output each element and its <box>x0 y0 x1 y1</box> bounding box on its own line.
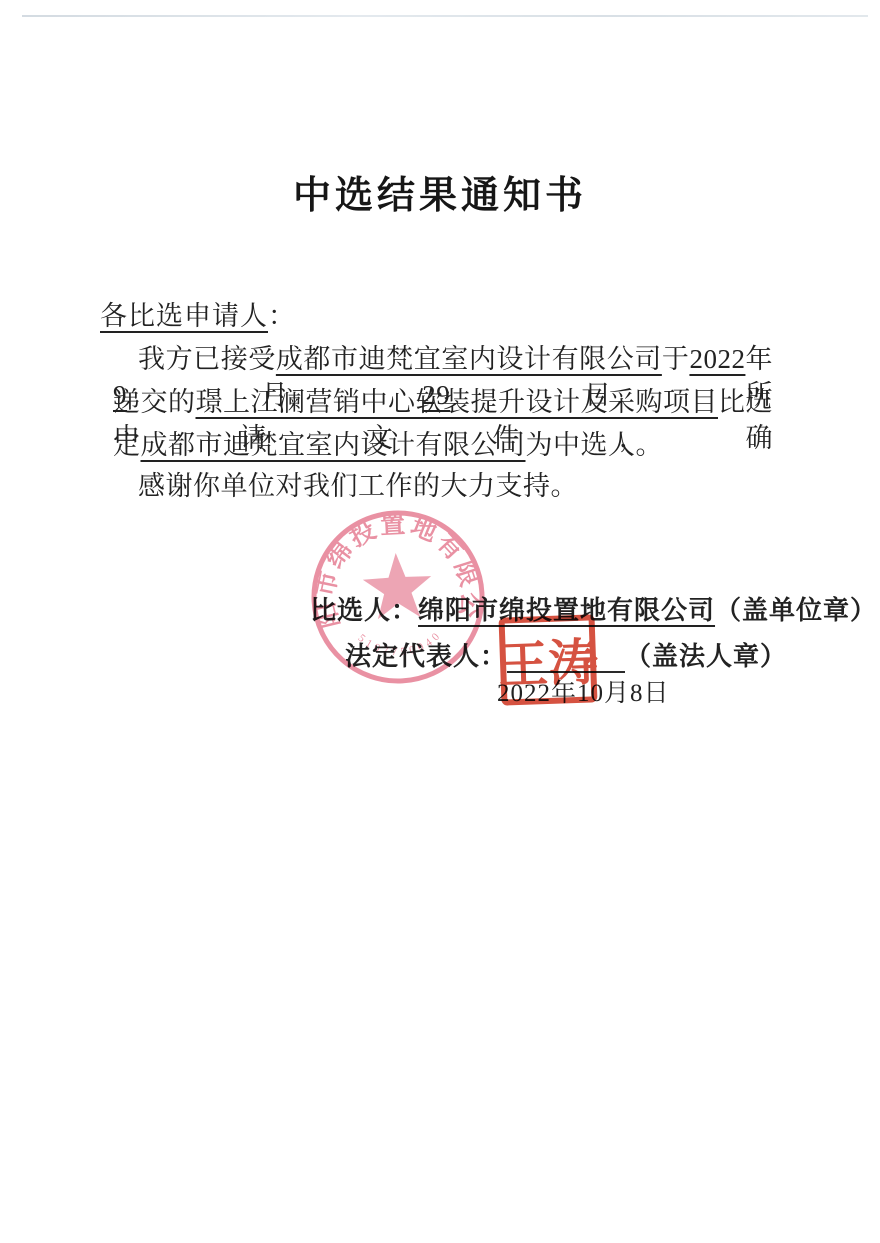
seal-serial-number: 5107750040 <box>355 628 446 661</box>
body-text: 定 <box>113 430 141 460</box>
body-text: 我方已接受 <box>113 344 276 374</box>
salutation-colon: ： <box>268 301 296 331</box>
project-name: 璟上江澜营销中心软装提升设计及采购项目 <box>196 387 719 417</box>
scanned-document-page: 中选结果通知书 各比选申请人： 我方已接受成都市迪梵宜室内设计有限公司于2022… <box>0 0 880 1243</box>
salutation-line: 各比选申请人： <box>100 294 296 333</box>
scan-artifact-line <box>22 15 868 17</box>
legal-seal-note: （盖法人章） <box>625 642 787 671</box>
body-paragraph-line-3: 定成都市迪梵宜室内设计有限公司为中选人。 <box>113 427 773 463</box>
body-text: 为中选人。 <box>526 430 664 460</box>
winner-company-name: 成都市迪梵宜室内设计有限公司 <box>141 430 526 460</box>
seal-star-icon <box>362 551 434 620</box>
unit-seal-note: （盖单位章） <box>715 596 877 625</box>
stamp-name-text: 王涛 <box>497 622 599 697</box>
legal-representative-name-stamp: 王涛 <box>498 614 597 705</box>
document-title: 中选结果通知书 <box>0 164 880 219</box>
submission-year: 2022 <box>689 344 745 374</box>
body-text: 年 <box>745 344 773 374</box>
company-round-seal: 绵阳市绵投置地有限公司 5107750040 <box>288 487 509 708</box>
body-text: 于 <box>662 344 690 374</box>
winner-company-name: 成都市迪梵宜室内设计有限公司 <box>276 344 662 374</box>
seal-serial-holder: 5107750040 <box>355 628 446 661</box>
salutation-text: 各比选申请人 <box>100 301 268 331</box>
body-text: 递交的 <box>113 387 196 417</box>
